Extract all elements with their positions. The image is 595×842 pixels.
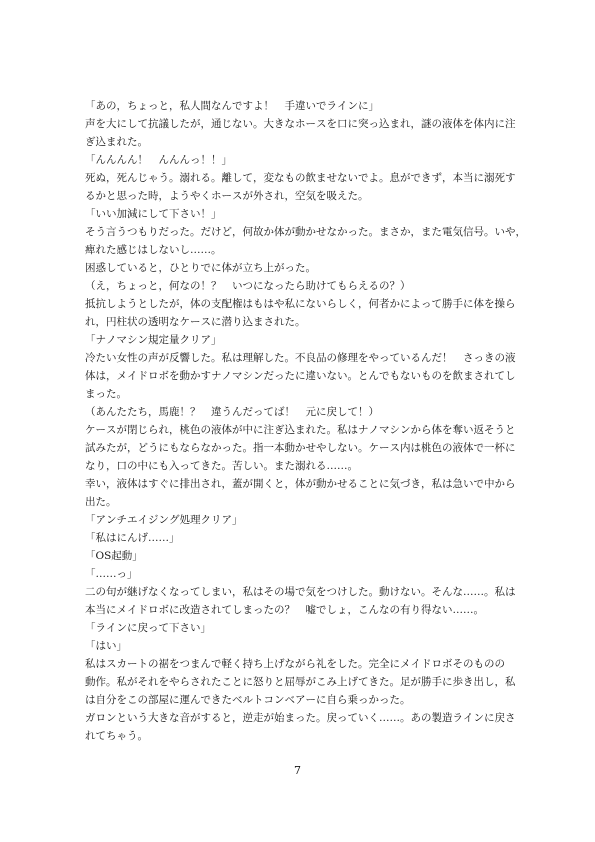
- page-number: 7: [0, 764, 595, 778]
- text-line: 「ラインに戻って下さい」: [85, 619, 525, 637]
- text-line: 「あの，ちょっと，私人間なんですよ！ 手違いでラインに」: [85, 97, 525, 115]
- text-block: 「あの，ちょっと，私人間なんですよ！ 手違いでラインに」声を大にして抗議したが，…: [85, 97, 525, 745]
- text-line: （え，ちょっと，何なの！？ いつになったら助けてもらえるの？）: [85, 277, 525, 295]
- text-line: は自分をこの部屋に運んできたベルトコンベアーに自ら乗っかった。: [85, 691, 525, 709]
- text-line: 試みたが，どうにもならなかった。指一本動かせやしない。ケース内は桃色の液体で一杯…: [85, 439, 525, 457]
- document-page: 「あの，ちょっと，私人間なんですよ！ 手違いでラインに」声を大にして抗議したが，…: [0, 0, 595, 842]
- text-line: 私はスカートの裾をつまんで軽く持ち上げながら礼をした。完全にメイドロボそのものの: [85, 655, 525, 673]
- text-line: 死ぬ，死んじゃう。溺れる。離して，変なもの飲ませないでよ。息ができず，本当に溺死…: [85, 169, 525, 187]
- text-line: そう言うつもりだった。だけど，何故か体が動かせなかった。まさか，また電気信号。い…: [85, 223, 525, 241]
- text-line: 「んんんん！ んんんっ！！」: [85, 151, 525, 169]
- text-line: 「ナノマシン規定量クリア」: [85, 331, 525, 349]
- text-line: 困惑していると，ひとりでに体が立ち上がった。: [85, 259, 525, 277]
- text-line: 「はい」: [85, 637, 525, 655]
- text-line: 二の句が継げなくなってしまい，私はその場で気をつけした。動けない。そんな……。私…: [85, 583, 525, 601]
- text-line: なり，口の中にも入ってきた。苦しい。また溺れる……。: [85, 457, 525, 475]
- text-line: 動作。私がそれをやらされたことに怒りと屈辱がこみ上げてきた。足が勝手に歩き出し，…: [85, 673, 525, 691]
- text-line: 本当にメイドロボに改造されてしまったの？ 嘘でしょ，こんなの有り得ない……。: [85, 601, 525, 619]
- text-line: 「……っ」: [85, 565, 525, 583]
- text-line: ぎ込まれた。: [85, 133, 525, 151]
- text-line: るかと思った時，ようやくホースが外され，空気を吸えた。: [85, 187, 525, 205]
- text-line: 痺れた感じはしないし……。: [85, 241, 525, 259]
- text-line: 出た。: [85, 493, 525, 511]
- text-line: 「OS起動」: [85, 547, 525, 565]
- text-line: 幸い，液体はすぐに排出され，蓋が開くと，体が動かせることに気づき，私は急いで中か…: [85, 475, 525, 493]
- text-line: れ，円柱状の透明なケースに潜り込まされた。: [85, 313, 525, 331]
- text-line: 「いい加減にして下さい！」: [85, 205, 525, 223]
- text-line: ケースが閉じられ，桃色の液体が中に注ぎ込まれた。私はナノマシンから体を奪い返そう…: [85, 421, 525, 439]
- text-line: ガロンという大きな音がすると，逆走が始まった。戻っていく……。あの製造ラインに戻…: [85, 709, 525, 727]
- text-line: れてちゃう。: [85, 727, 525, 745]
- text-line: まった。: [85, 385, 525, 403]
- text-line: 声を大にして抗議したが，通じない。大きなホースを口に突っ込まれ，謎の液体を体内に…: [85, 115, 525, 133]
- text-line: 「私はにんげ……」: [85, 529, 525, 547]
- text-line: 体は，メイドロボを動かすナノマシンだったに違いない。とんでもないものを飲まされて…: [85, 367, 525, 385]
- text-line: 「アンチエイジング処理クリア」: [85, 511, 525, 529]
- text-line: 冷たい女性の声が反響した。私は理解した。不良品の修理をやっているんだ！ さっきの…: [85, 349, 525, 367]
- text-line: （あんたたち，馬鹿！？ 違うんだってば！ 元に戻して！）: [85, 403, 525, 421]
- text-line: 抵抗しようとしたが，体の支配権はもはや私にないらしく，何者かによって勝手に体を操…: [85, 295, 525, 313]
